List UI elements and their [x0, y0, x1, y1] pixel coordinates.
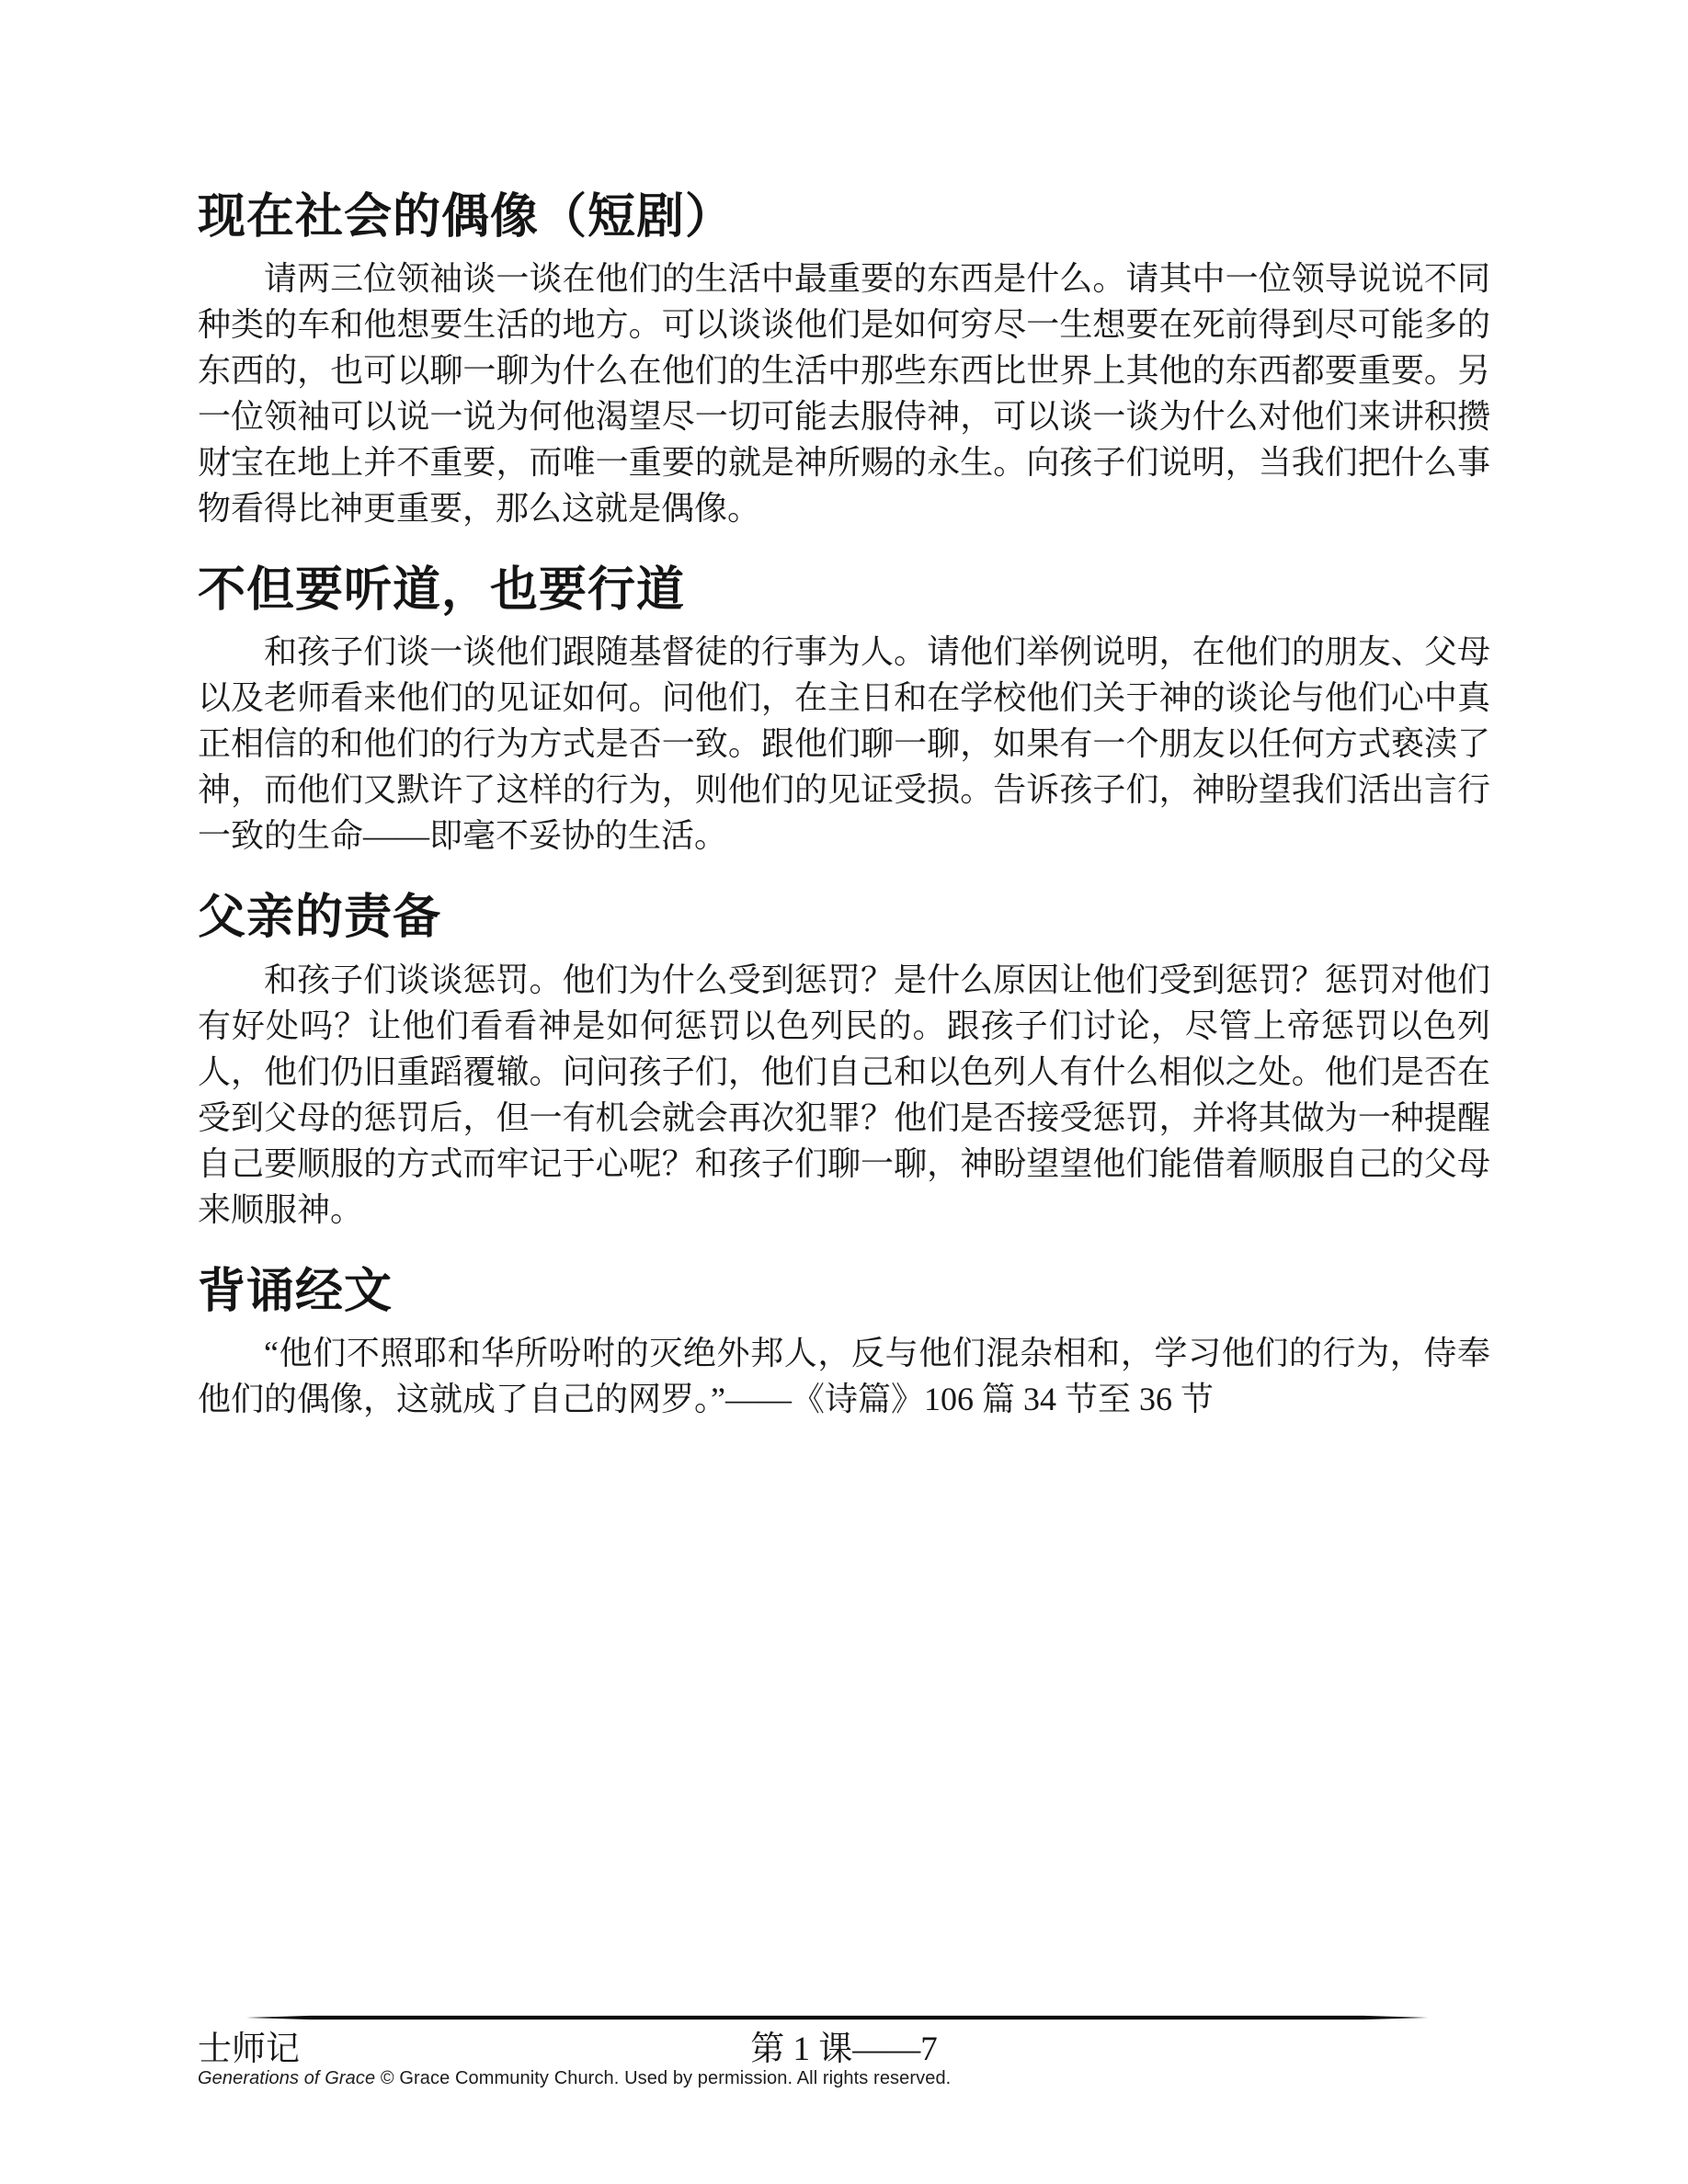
section-body-fathers-discipline: 和孩子们谈谈惩罚。他们为什么受到惩罚？是什么原因让他们受到惩罚？惩罚对他们有好处… [198, 957, 1490, 1233]
section-heading-fathers-discipline: 父亲的责备 [198, 892, 1490, 945]
copyright-line: Generations of Grace © Grace Community C… [198, 2066, 951, 2090]
section-body-memory-verse: “他们不照耶和华所吩咐的灭绝外邦人，反与他们混杂相和，学习他们的行为，侍奉他们的… [198, 1330, 1490, 1422]
copyright-publication-title: Generations of Grace [198, 2068, 375, 2088]
section-heading-memory-verse: 背诵经文 [198, 1266, 1490, 1319]
section-doers-of-word: 不但要听道，也要行道 和孩子们谈一谈他们跟随基督徒的行事为人。请他们举例说明，在… [198, 564, 1490, 859]
section-heading-idols: 现在社会的偶像（短剧） [198, 191, 1490, 245]
footer-page-number: 第 1 课——7 [198, 2028, 1490, 2072]
document-page: { "document": { "sections": [ { "heading… [0, 0, 1688, 2184]
section-body-doers-of-word: 和孩子们谈一谈他们跟随基督徒的行事为人。请他们举例说明，在他们的朋友、父母以及老… [198, 629, 1490, 859]
section-body-idols: 请两三位领袖谈一谈在他们的生活中最重要的东西是什么。请其中一位领导说说不同种类的… [198, 256, 1490, 531]
page-footer: 士师记 第 1 课——7 [198, 2028, 1490, 2072]
page-content: 现在社会的偶像（短剧） 请两三位领袖谈一谈在他们的生活中最重要的东西是什么。请其… [198, 191, 1490, 1422]
section-memory-verse: 背诵经文 “他们不照耶和华所吩咐的灭绝外邦人，反与他们混杂相和，学习他们的行为，… [198, 1266, 1490, 1422]
copyright-notice-text: © Grace Community Church. Used by permis… [381, 2068, 951, 2088]
section-idols: 现在社会的偶像（短剧） 请两三位领袖谈一谈在他们的生活中最重要的东西是什么。请其… [198, 191, 1490, 531]
footer-divider-rule [246, 2015, 1428, 2020]
section-heading-doers-of-word: 不但要听道，也要行道 [198, 564, 1490, 618]
section-fathers-discipline: 父亲的责备 和孩子们谈谈惩罚。他们为什么受到惩罚？是什么原因让他们受到惩罚？惩罚… [198, 892, 1490, 1232]
